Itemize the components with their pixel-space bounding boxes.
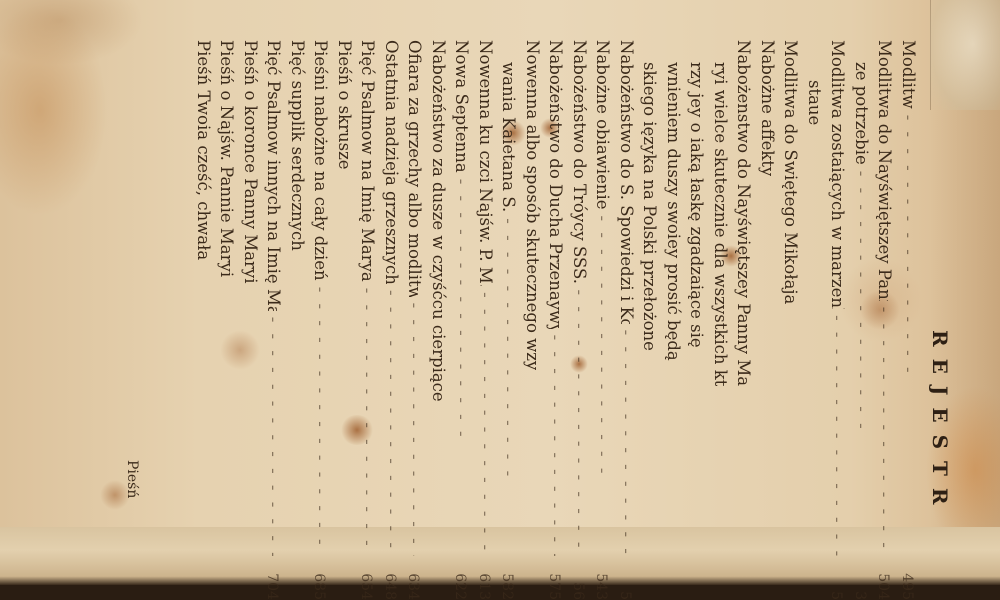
- dot-leader: - - - - - - - - - - - - - - - -: [450, 173, 474, 556]
- entry-title: Pieśń o koronce Panny Maryi: [239, 40, 263, 284]
- entry-title: Nabożne affekty: [756, 40, 780, 176]
- entry-title: Modlitwa do Nayświętszey Panny: [873, 40, 897, 301]
- index-entry: Modlitwa do Swiętego Mikołaja: [779, 40, 803, 585]
- entry-page-number: 504: [871, 556, 895, 585]
- entry-page-number: 3: [848, 556, 872, 585]
- entry-page-number: 654: [354, 556, 378, 585]
- index-entry: Pieśń Twoia cześć, chwała: [192, 40, 216, 585]
- index-entry: Nabożenstwo do Nayświętszey Panny Ma: [732, 40, 756, 585]
- entry-page-number: 582: [495, 556, 519, 585]
- dot-leader: - - - - - - - - - - - - - - - -: [850, 165, 874, 556]
- index-entry: staue: [803, 40, 827, 585]
- scanned-page-background: REJESTR Modlitw - - - - - - - - - - - - …: [0, 0, 1000, 585]
- index-page: REJESTR Modlitw - - - - - - - - - - - - …: [100, 40, 960, 585]
- entry-page-number: 685: [307, 556, 331, 585]
- entry-title: Pieśń Twoia cześć, chwała: [192, 40, 216, 260]
- index-entries: Modlitw - - - - - - - - - - - - - - - -4…: [192, 40, 921, 585]
- dot-leader: - - - - - - - - - - - - - - - -: [615, 324, 639, 556]
- index-entry: Pieśni nabożne na cały dzień - - - - - -…: [309, 40, 333, 585]
- dot-leader: - - - - - - - - - - - - - - - -: [568, 284, 592, 556]
- index-entry: ze potrzebie - - - - - - - - - - - - - -…: [850, 40, 874, 585]
- index-entry: Pieśń o koronce Panny Maryi: [239, 40, 263, 585]
- index-entry: Nabożeństwo za dusze w czyśćcu cierpiące: [427, 40, 451, 585]
- dot-leader: - - - - - - - - - - - - - - - -: [591, 210, 615, 556]
- index-entry: rzy jey o iaką łaskę zgadzaiące się: [685, 40, 709, 585]
- entry-title: wania Kaietana S.: [497, 40, 521, 212]
- index-entry: Nabożeństwo do Tróycy SSS. - - - - - - -…: [568, 40, 592, 585]
- index-entry: Pieśń o Najśw. Pannie Maryi: [215, 40, 239, 585]
- entry-page-number: 495: [895, 556, 919, 585]
- dot-leader: - - - - - - - - - - - - - - - -: [897, 109, 921, 556]
- index-entry: Nabożeństwo do S. Spowiedzi i Komunii - …: [615, 40, 639, 585]
- index-entry: skiego ięzyka na Polski przełożone: [638, 40, 662, 585]
- entry-page-number: 5: [613, 556, 637, 585]
- dot-leader: - - - - - - - - - - - - - - - -: [873, 301, 897, 556]
- entry-title: Nabożeństwo do Tróycy SSS.: [568, 40, 592, 284]
- entry-title: Ofiara za grzechy albo modlitwa: [403, 40, 427, 297]
- catchword: Pieśń: [124, 460, 140, 498]
- index-entry: Nowenna albo sposób skutecznego wzy: [521, 40, 545, 585]
- index-entry: Pieśń o skrusze: [333, 40, 357, 585]
- dot-leader: - - - - - - - - - - - - - - - -: [544, 329, 568, 556]
- index-entry: Modlitwa zostaiących w marzenkim - - - -…: [826, 40, 850, 585]
- index-entry: Modlitwa do Nayświętszey Panny - - - - -…: [873, 40, 897, 585]
- index-entry: Pięć Psalmow na Imię Marya - - - - - - -…: [356, 40, 380, 585]
- entry-page-number: 575: [542, 556, 566, 585]
- index-entry: Pięć supplik serdecznych: [286, 40, 310, 585]
- index-entry: wania Kaietana S. - - - - - - - - - - - …: [497, 40, 521, 585]
- entry-title: Modlitwa do Swiętego Mikołaja: [779, 40, 803, 304]
- entry-page-number: 613: [472, 556, 496, 585]
- page-heading: REJESTR: [928, 330, 952, 517]
- index-entry: wnieniem duszy swoiey prosić będą: [662, 40, 686, 585]
- dot-leader: - - - - - - - - - - - - - - - -: [474, 286, 498, 556]
- index-entry: Ofiara za grzechy albo modlitwa - - - - …: [403, 40, 427, 585]
- dot-leader: - - - - - - - - - - - - - - - -: [497, 212, 521, 556]
- dot-leader: - - - - - - - - - - - - - - - -: [262, 311, 286, 556]
- entry-title: Pieśń o Najśw. Pannie Maryi: [215, 40, 239, 277]
- entry-title: Nowa Septenna: [450, 40, 474, 173]
- entry-title: Nabożeństwo do S. Spowiedzi i Komunii: [615, 40, 639, 324]
- entry-page-number: 622: [448, 556, 472, 585]
- entry-page-number: 543: [589, 556, 613, 585]
- entry-page-number: 704: [260, 556, 284, 585]
- index-entry: Nabożne affekty: [756, 40, 780, 585]
- index-entry: Nowenna ku czci Najśw. P. M. - - - - - -…: [474, 40, 498, 585]
- entry-title: wnieniem duszy swoiey prosić będą: [662, 40, 686, 361]
- entry-title: Modlitw: [897, 40, 921, 109]
- entry-title: Pięć supplik serdecznych: [286, 40, 310, 251]
- entry-title: Pięć Psalmow na Imię Marya: [356, 40, 380, 282]
- entry-title: Nabożeństwo do Ducha Przenaywyższego: [544, 40, 568, 329]
- entry-title: ze potrzebie: [850, 40, 874, 165]
- entry-title: Nabożenstwo do Nayświętszey Panny Ma: [732, 40, 756, 386]
- entry-title: Ostatnia nadzieja grzesznych: [380, 40, 404, 284]
- dot-leader: - - - - - - - - - - - - - - - -: [309, 281, 333, 556]
- index-entry: Nabożeństwo do Ducha Przenaywyższego - -…: [544, 40, 568, 585]
- index-entry: Ostatnia nadzieja grzesznych - - - - - -…: [380, 40, 404, 585]
- entry-title: Pięć Psalmow innych na Imię Marya: [262, 40, 286, 311]
- entry-title: Nowenna ku czci Najśw. P. M.: [474, 40, 498, 286]
- dot-leader: - - - - - - - - - - - - - - - -: [380, 284, 404, 556]
- entry-title: ryi wielce skutecznie dla wszystkich kt: [709, 40, 733, 386]
- entry-title: staue: [803, 40, 827, 125]
- entry-title: rzy jey o iaką łaskę zgadzaiące się: [685, 40, 709, 348]
- entry-title: Pieśni nabożne na cały dzień: [309, 40, 333, 281]
- entry-title: skiego ięzyka na Polski przełożone: [638, 40, 662, 351]
- entry-page-number: 648: [378, 556, 402, 585]
- entry-page-number: 634: [401, 556, 425, 585]
- dot-leader: - - - - - - - - - - - - - - - -: [356, 282, 380, 556]
- index-entry: Modlitw - - - - - - - - - - - - - - - -4…: [897, 40, 921, 585]
- dot-leader: - - - - - - - - - - - - - - - -: [403, 297, 427, 556]
- entry-title: Modlitwa zostaiących w marzenkim: [826, 40, 850, 309]
- entry-page-number: 56: [566, 556, 590, 585]
- index-entry: Nabożne obiawienie - - - - - - - - - - -…: [591, 40, 615, 585]
- entry-title: Pieśń o skrusze: [333, 40, 357, 170]
- dot-leader: - - - - - - - - - - - - - - - -: [826, 309, 850, 556]
- entry-page-number: 5: [824, 556, 848, 585]
- index-entry: ryi wielce skutecznie dla wszystkich kt: [709, 40, 733, 585]
- entry-title: Nabożne obiawienie: [591, 40, 615, 210]
- index-entry: Pięć Psalmow innych na Imię Marya - - - …: [262, 40, 286, 585]
- index-entry: Nowa Septenna - - - - - - - - - - - - - …: [450, 40, 474, 585]
- entry-title: Nowenna albo sposób skutecznego wzy: [521, 40, 545, 370]
- entry-title: Nabożeństwo za dusze w czyśćcu cierpiące: [427, 40, 451, 402]
